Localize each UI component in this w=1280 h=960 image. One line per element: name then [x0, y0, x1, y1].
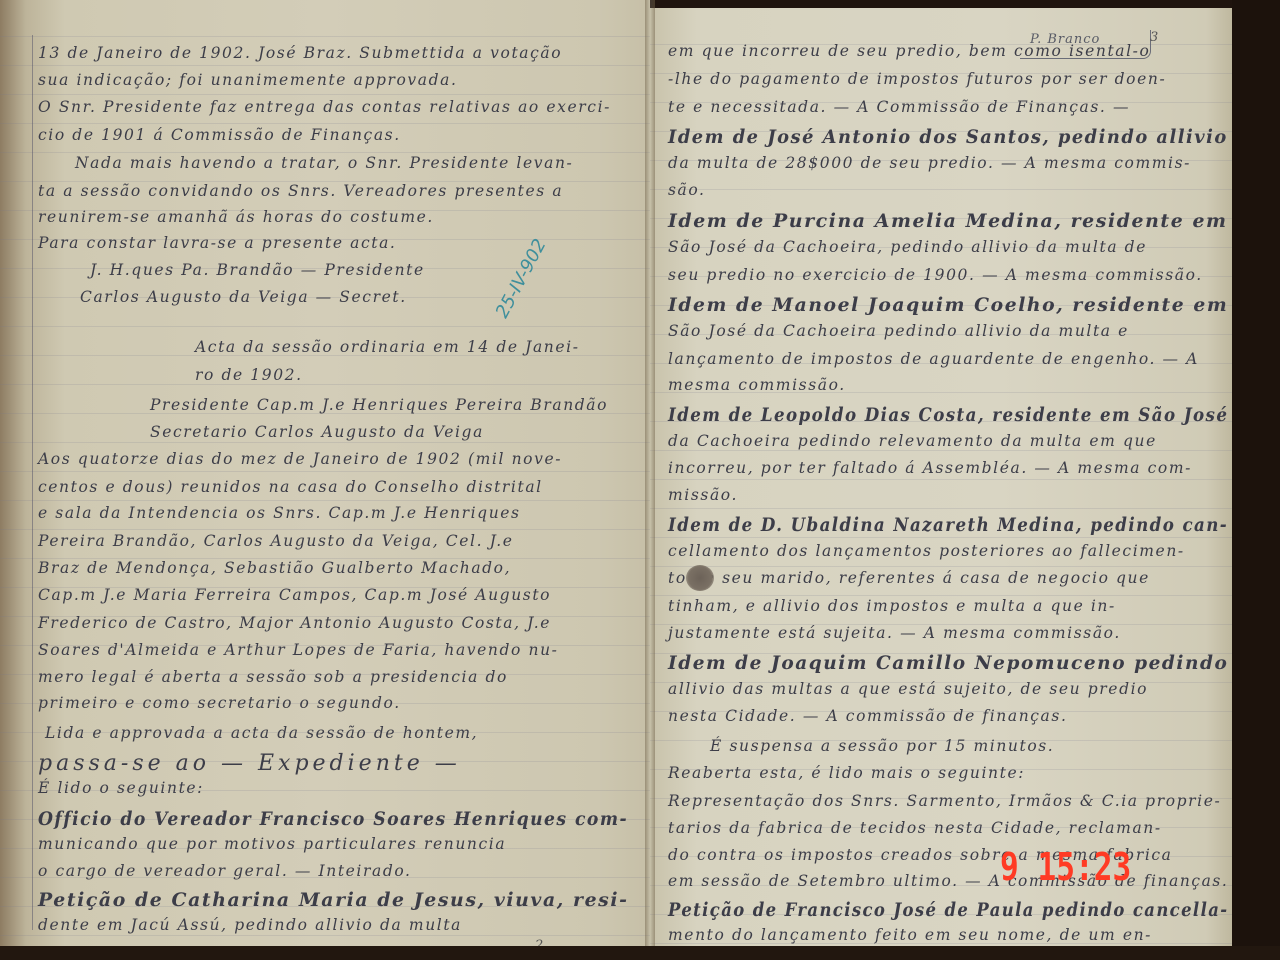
handwritten-line: tarios da fabrica de tecidos nesta Cidad…	[668, 819, 1162, 837]
handwritten-line: Para constar lavra-se a presente acta.	[38, 234, 396, 252]
right-page: em que incorreu de seu predio, bem como …	[650, 8, 1238, 953]
handwritten-line: Reaberta esta, é lido mais o seguinte:	[668, 764, 1025, 782]
handwritten-line: Lida e approvada a acta da sessão de hon…	[45, 724, 478, 742]
handwritten-line: Frederico de Castro, Major Antonio Augus…	[38, 614, 551, 632]
handwritten-line: centos e dous) reunidos na casa do Conse…	[38, 478, 543, 496]
handwritten-line: É suspensa a sessão por 15 minutos.	[710, 737, 1054, 755]
handwritten-line: primeiro e como secretario o segundo.	[38, 694, 401, 712]
handwritten-line: São José da Cachoeira pedindo allivio da…	[668, 322, 1129, 340]
handwritten-line: Idem de José Antonio dos Santos, pedindo…	[668, 126, 1228, 148]
ink-stain	[686, 565, 714, 591]
handwritten-line: cellamento dos lançamentos posteriores a…	[668, 542, 1185, 560]
handwritten-line: seu predio no exercicio de 1900. — A mes…	[668, 266, 1203, 284]
handwritten-line: Aos quatorze dias do mez de Janeiro de 1…	[38, 450, 562, 468]
header-note: P. Branco	[1020, 30, 1151, 59]
handwritten-line: tinham, e allivio dos impostos e multa a…	[668, 597, 1116, 615]
handwritten-line: Carlos Augusto da Veiga — Secret.	[80, 288, 407, 306]
camera-timestamp: 9 15:23	[1000, 845, 1131, 889]
handwritten-line: incorreu, por ter faltado á Assembléa. —…	[668, 459, 1192, 477]
handwritten-line: municando que por motivos particulares r…	[38, 835, 506, 853]
margin-line	[32, 35, 33, 930]
handwritten-line: missão.	[668, 486, 738, 504]
handwritten-line: passa-se ao — Expediente —	[38, 751, 461, 776]
handwritten-line: 13 de Janeiro de 1902. José Braz. Submet…	[38, 44, 562, 62]
handwritten-line: cio de 1901 á Commissão de Finanças.	[38, 126, 401, 144]
margin-date-stamp: 25-IV-902	[492, 235, 551, 321]
handwritten-line: mero legal é aberta a sessão sob a presi…	[38, 668, 508, 686]
handwritten-line: são.	[668, 181, 706, 199]
book-gutter	[645, 0, 655, 950]
handwritten-line: nesta Cidade. — A commissão de finanças.	[668, 707, 1067, 725]
handwritten-line: Nada mais havendo a tratar, o Snr. Presi…	[75, 154, 573, 172]
left-page: 13 de Janeiro de 1902. José Braz. Submet…	[0, 0, 650, 950]
handwritten-line: O Snr. Presidente faz entrega das contas…	[38, 98, 611, 116]
handwritten-line: mento do lançamento feito em seu nome, d…	[668, 926, 1152, 944]
handwritten-line: Presidente Cap.m J.e Henriques Pereira B…	[150, 396, 608, 414]
handwritten-line: Idem de Manoel Joaquim Coelho, residente…	[668, 294, 1228, 316]
handwritten-line: J. H.ques Pa. Brandão — Presidente	[90, 261, 425, 279]
handwritten-line: em sessão de Setembro ultimo. — A commis…	[668, 872, 1228, 890]
handwritten-line: Officio do Vereador Francisco Soares Hen…	[38, 808, 628, 830]
handwritten-line: Representação dos Snrs. Sarmento, Irmãos…	[668, 792, 1221, 810]
handwritten-line: to de seu marido, referentes á casa de n…	[668, 569, 1150, 587]
open-ledger-book: 13 de Janeiro de 1902. José Braz. Submet…	[0, 0, 1280, 960]
handwritten-line: justamente está sujeita. — A mesma commi…	[668, 624, 1121, 642]
handwritten-line: É lido o seguinte:	[38, 779, 204, 797]
handwritten-line: Idem de D. Ubaldina Nazareth Medina, ped…	[668, 514, 1228, 536]
handwritten-line: dente em Jacú Assú, pedindo allivio da m…	[38, 916, 462, 934]
bottom-shadow	[0, 946, 1280, 960]
handwritten-line: Pereira Brandão, Carlos Augusto da Veiga…	[38, 532, 514, 550]
handwritten-line: e sala da Intendencia os Snrs. Cap.m J.e…	[38, 504, 521, 522]
handwritten-line: lançamento de impostos de aguardente de …	[668, 350, 1199, 368]
handwritten-line: da Cachoeira pedindo relevamento da mult…	[668, 432, 1157, 450]
handwritten-line: Idem de Joaquim Camillo Nepomuceno pedin…	[668, 652, 1228, 674]
handwritten-line: da multa de 28$000 de seu predio. — A me…	[668, 154, 1191, 172]
handwritten-line: Secretario Carlos Augusto da Veiga	[150, 423, 484, 441]
header-note-text: P. Branco	[1030, 32, 1100, 47]
ruled-lines	[650, 8, 1235, 953]
handwritten-line: te e necessitada. — A Commissão de Finan…	[668, 98, 1130, 116]
right-shadow	[1232, 0, 1280, 960]
handwritten-line: ro de 1902.	[195, 366, 303, 384]
handwritten-line: Idem de Purcina Amelia Medina, residente…	[668, 210, 1228, 232]
handwritten-line: mesma commissão.	[668, 376, 846, 394]
handwritten-line: Idem de Leopoldo Dias Costa, residente e…	[668, 404, 1228, 426]
handwritten-line: Soares d'Almeida e Arthur Lopes de Faria…	[38, 641, 559, 659]
handwritten-line: -lhe do pagamento de impostos futuros po…	[668, 70, 1166, 88]
page-number: 3	[1150, 30, 1158, 45]
handwritten-line: allivio das multas a que está sujeito, d…	[668, 680, 1148, 698]
handwritten-line: ta a sessão convidando os Snrs. Vereador…	[38, 182, 563, 200]
handwritten-line: Cap.m J.e Maria Ferreira Campos, Cap.m J…	[38, 586, 551, 604]
handwritten-line: Acta da sessão ordinaria em 14 de Janei-	[195, 338, 580, 356]
handwritten-line: Braz de Mendonça, Sebastião Gualberto Ma…	[38, 559, 511, 577]
handwritten-line: reunirem-se amanhã ás horas do costume.	[38, 208, 434, 226]
handwritten-line: o cargo de vereador geral. — Inteirado.	[38, 862, 412, 880]
handwritten-line: Petição de Francisco José de Paula pedin…	[668, 899, 1228, 921]
handwritten-line: São José da Cachoeira, pedindo allivio d…	[668, 238, 1147, 256]
handwritten-line: Petição de Catharina Maria de Jesus, viu…	[38, 889, 629, 911]
handwritten-line: sua indicação; foi unanimemente approvad…	[38, 71, 458, 89]
